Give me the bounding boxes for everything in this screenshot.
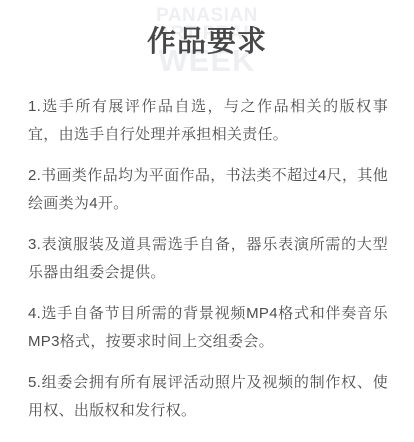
requirement-item-3: 3.表演服装及道具需选手自备，器乐表演所需的大型乐器由组委会提供。 xyxy=(28,231,388,287)
requirements-page: PANASIAN ART PEAK WEEK 作品要求 1.选手所有展评作品自选… xyxy=(0,0,414,442)
requirement-item-4: 4.选手自备节目所需的背景视频MP4格式和伴奏音乐MP3格式，按要求时间上交组委… xyxy=(28,300,388,356)
requirement-item-2: 2.书画类作品均为平面作品，书法类不超过4尺，其他绘画类为4开。 xyxy=(28,162,388,218)
requirement-item-1: 1.选手所有展评作品自选，与之作品相关的版权事宜，由选手自行处理并承担相关责任。 xyxy=(28,93,388,149)
requirement-item-5: 5.组委会拥有所有展评活动照片及视频的制作权、使用权、出版权和发行权。 xyxy=(28,369,388,425)
requirements-list: 1.选手所有展评作品自选，与之作品相关的版权事宜，由选手自行处理并承担相关责任。… xyxy=(0,0,414,425)
